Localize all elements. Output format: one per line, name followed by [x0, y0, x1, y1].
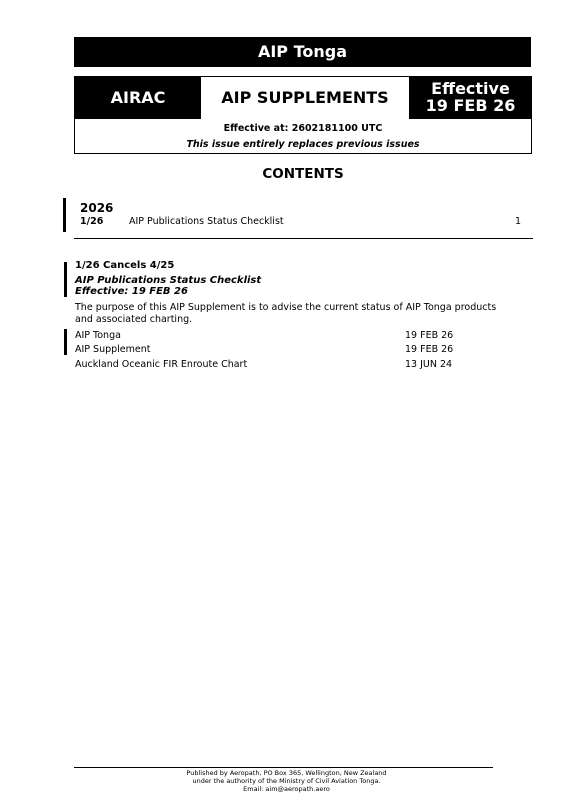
section-cell: AIP SUPPLEMENTS: [201, 77, 409, 119]
footer-email[interactable]: Email: aim@aeropath.aero: [74, 785, 499, 793]
supplement-heading: 1/26 Cancels 4/25: [75, 260, 174, 271]
change-bar: [63, 198, 66, 232]
supplement-effective: Effective: 19 FEB 26: [75, 286, 188, 297]
footer-divider: [74, 767, 493, 768]
effective-at-text: Effective at: 2602181100 UTC: [75, 123, 531, 134]
footer: Published by Aeropath, PO Box 365, Welli…: [74, 769, 499, 793]
airac-cell: AIRAC: [75, 77, 201, 119]
effective-cell: Effective 19 FEB 26: [409, 77, 532, 119]
contents-year: 2026: [80, 201, 113, 215]
checklist-item-date: 19 FEB 26: [405, 330, 453, 341]
section-title: AIP SUPPLEMENTS: [221, 88, 388, 107]
toc-entry-number: 1/26: [80, 216, 103, 227]
checklist-item-name: Auckland Oceanic FIR Enroute Chart: [75, 359, 247, 370]
supplement-title: AIP Publications Status Checklist: [75, 275, 261, 286]
change-bar: [64, 329, 67, 355]
document-title: AIP Tonga: [258, 42, 347, 61]
header-box: AIRAC AIP SUPPLEMENTS Effective 19 FEB 2…: [74, 76, 532, 154]
toc-entry-title[interactable]: AIP Publications Status Checklist: [129, 216, 284, 227]
supplement-purpose: The purpose of this AIP Supplement is to…: [75, 302, 515, 326]
effective-date: 19 FEB 26: [409, 97, 532, 114]
change-bar: [64, 262, 67, 297]
effective-label: Effective: [409, 80, 532, 97]
toc-entry-page: 1: [515, 216, 521, 227]
document-title-bar: AIP Tonga: [74, 37, 531, 67]
footer-authority: under the authority of the Ministry of C…: [74, 777, 499, 785]
checklist-item-name: AIP Tonga: [75, 330, 121, 341]
checklist-item-name: AIP Supplement: [75, 344, 151, 355]
section-divider: [74, 238, 533, 239]
checklist-item-date: 19 FEB 26: [405, 344, 453, 355]
contents-heading: CONTENTS: [0, 166, 573, 182]
airac-label: AIRAC: [111, 88, 166, 107]
footer-publisher: Published by Aeropath, PO Box 365, Welli…: [74, 769, 499, 777]
checklist-item-date: 13 JUN 24: [405, 359, 452, 370]
replaces-note: This issue entirely replaces previous is…: [75, 139, 531, 150]
